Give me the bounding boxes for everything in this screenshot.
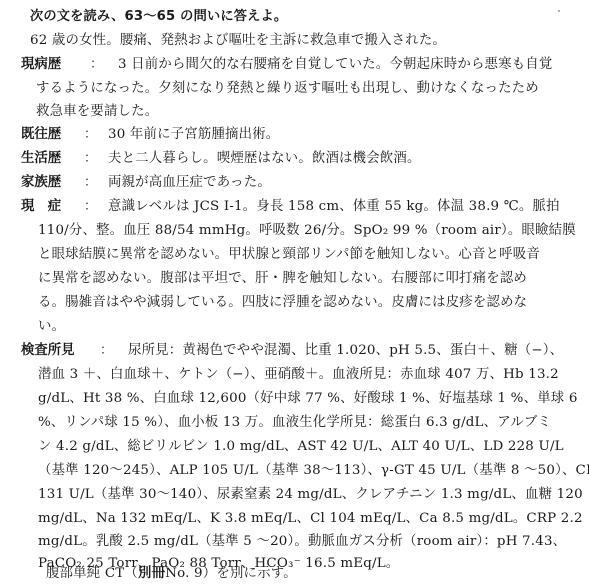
section-text-line: 3 日前から間欠的な右腰痛を自覚していた。今朝起床時から悪寒も自覚 xyxy=(118,54,552,76)
section-text-line: 尿所見：黄褐色でやや混濁、比重 1.020、pH 5.5、蛋白＋、糖（−）、 xyxy=(128,340,563,362)
section-colon: ： xyxy=(84,124,97,146)
section-label: 家族歴 xyxy=(21,172,61,194)
section-text-line: い。 xyxy=(38,316,65,338)
section-text-line: ン 4.2 g/dL、総ビリルビン 1.0 mg/dL、AST 42 U/L、A… xyxy=(38,436,564,458)
section-label: 現病歴 xyxy=(21,54,61,76)
section-text-line: る。腸雑音はやや減弱している。四肢に浮腫を認めない。皮膚には皮疹を認めな xyxy=(38,292,527,314)
section-text-line: g/dL、Ht 38 %、白血球 12,600（好中球 77 %、好酸球 1 %… xyxy=(38,388,578,410)
section-colon: ： xyxy=(84,148,97,170)
section-text-line: mg/dL。乳酸 2.5 mg/dL（基準 5 〜20）。動脈血ガス分析（roo… xyxy=(38,531,566,553)
section-text-line: 意識レベルは JCS I-1。身長 158 cm、体重 55 kg。体温 38.… xyxy=(108,196,560,218)
section-text-line: 110/分、整。血圧 88/54 mmHg。呼吸数 26/分。SpO₂ 99 %… xyxy=(38,220,576,242)
section-colon: ： xyxy=(100,340,113,362)
section-text-line: 131 U/L（基準 30〜140）、尿素窒素 24 mg/dL、クレアチニン … xyxy=(38,484,583,506)
ct-reference-suffix: ）を別に示す。 xyxy=(203,566,297,581)
section-text-line: 夫と二人暮らし。喫煙歴はない。飲酒は機会飲酒。 xyxy=(108,148,421,170)
scan-speck xyxy=(558,10,560,12)
section-colon: ： xyxy=(90,54,103,76)
section-text-line: 30 年前に子宮筋腫摘出術。 xyxy=(108,124,279,146)
ct-reference-line: 腹部単純 CT（別冊No. 9）を別に示す。 xyxy=(46,563,297,585)
section-label: 現 症 xyxy=(21,196,61,218)
section-text-line: 潜血 3 ＋、白血球＋、ケトン（−）、亜硝酸＋。血液所見：赤血球 407 万、H… xyxy=(38,364,559,386)
section-text-line: 救急車を要請した。 xyxy=(36,101,158,123)
section-label: 既往歴 xyxy=(21,124,61,146)
appendix-ref: 別冊 xyxy=(138,566,165,581)
section-colon: ： xyxy=(84,196,97,218)
section-label: 検査所見 xyxy=(21,340,75,362)
section-text-line: %、リンパ球 15 %）、血小板 13 万。血液生化学所見：総蛋白 6.3 g/… xyxy=(38,412,551,434)
section-colon: ： xyxy=(84,172,97,194)
section-text-line: と眼球結膜に異常を認めない。甲状腺と頸部リンパ節を触知しない。心音と呼吸音 xyxy=(38,244,540,266)
case-intro: 62 歳の女性。腰痛、発熱および嘔吐を主訴に救急車で搬入された。 xyxy=(30,30,446,52)
section-text-line: に異常を認めない。腹部は平坦で、肝・脾を触知しない。右腰部に叩打痛を認め xyxy=(38,268,527,290)
section-text-line: mg/dL、Na 132 mEq/L、K 3.8 mEq/L、Cl 104 mE… xyxy=(38,508,583,530)
ct-reference-prefix: 腹部単純 CT（ xyxy=(46,566,138,581)
appendix-number: No. 9 xyxy=(165,566,203,581)
section-text-line: （基準 120〜245）、ALP 105 U/L（基準 38〜113）、γ-GT… xyxy=(38,460,589,482)
section-text-line: するようになった。夕刻になり発熱と繰り返す嘔吐も出現し、動けなくなったため xyxy=(36,78,539,100)
section-label: 生活歴 xyxy=(21,148,61,170)
section-text-line: 両親が高血圧症であった。 xyxy=(108,172,271,194)
question-instruction: 次の文を読み、63〜65 の問いに答えよ。 xyxy=(30,6,287,28)
